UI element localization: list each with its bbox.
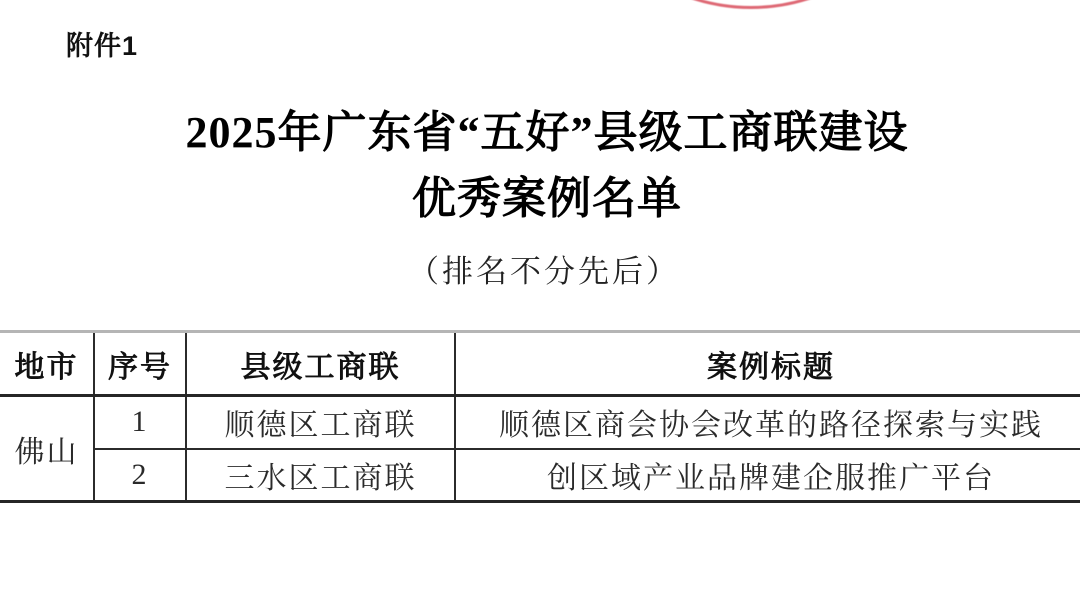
document-page: 附件1 2025年广东省“五好”县级工商联建设 优秀案例名单 （排名不分先后） … xyxy=(0,0,1080,614)
page-title-line-1: 2025年广东省“五好”县级工商联建设 xyxy=(14,100,1080,166)
subtitle-note: （排名不分先后） xyxy=(8,246,1080,291)
cell-case-title: 创区域产业品牌建企服推广平台 xyxy=(455,449,1080,502)
table-header-row: 地市 序号 县级工商联 案例标题 xyxy=(0,332,1080,396)
page-title-line-2: 优秀案例名单 xyxy=(14,166,1080,232)
table-row: 佛山 1 顺德区工商联 顺德区商会协会改革的路径探索与实践 xyxy=(0,396,1080,449)
column-header-seq: 序号 xyxy=(94,332,186,396)
attachment-label: 附件1 xyxy=(66,24,138,63)
cell-federation: 三水区工商联 xyxy=(186,449,455,502)
red-seal-arc-icon xyxy=(561,0,941,9)
column-header-case-title: 案例标题 xyxy=(455,332,1080,396)
column-header-city: 地市 xyxy=(0,332,94,396)
cell-seq: 2 xyxy=(94,449,186,502)
cell-city: 佛山 xyxy=(0,396,94,502)
page-title: 2025年广东省“五好”县级工商联建设 优秀案例名单 xyxy=(14,100,1080,232)
case-list-table: 地市 序号 县级工商联 案例标题 佛山 1 顺德区工商联 顺德区商会协会改革的路… xyxy=(0,330,1080,503)
column-header-federation: 县级工商联 xyxy=(186,332,455,396)
cell-case-title: 顺德区商会协会改革的路径探索与实践 xyxy=(455,396,1080,449)
cell-seq: 1 xyxy=(94,396,186,449)
cell-federation: 顺德区工商联 xyxy=(186,396,455,449)
table-row: 2 三水区工商联 创区域产业品牌建企服推广平台 xyxy=(0,449,1080,502)
